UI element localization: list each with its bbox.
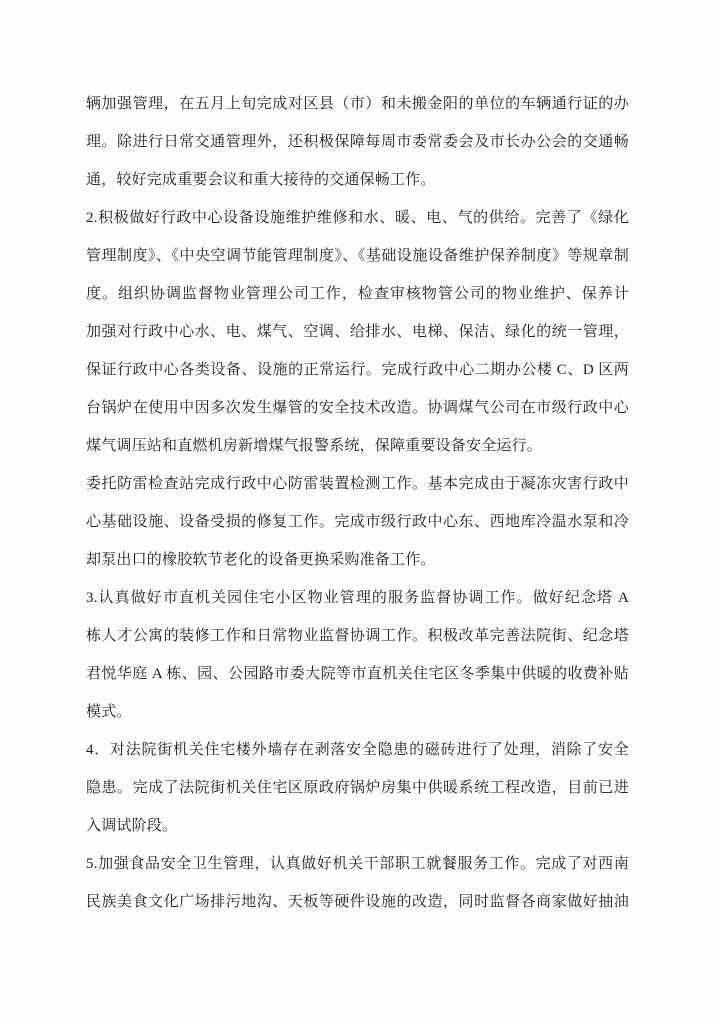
text-line-14: 3.认真做好市直机关园住宅小区物业管理的服务监督协调工作。做好纪念塔 A bbox=[86, 579, 629, 617]
text-line-13: 却泵出口的橡胶软节老化的设备更换采购准备工作。 bbox=[86, 541, 629, 579]
text-line-21: 5.加强食品安全卫生管理，认真做好机关干部职工就餐服务工作。完成了对西南 bbox=[86, 845, 629, 883]
text-line-18: 4．对法院街机关住宅楼外墙存在剥落安全隐患的磁砖进行了处理，消除了安全 bbox=[86, 731, 629, 769]
text-line-16: 君悦华庭 A 栋、园、公园路市委大院等市直机关住宅区冬季集中供暖的收费补贴 bbox=[86, 655, 629, 693]
text-line-2: 理。除进行日常交通管理外，还积极保障每周市委常委会及市长办公会的交通畅 bbox=[86, 123, 629, 161]
document-page: 辆加强管理，在五月上旬完成对区县（市）和未搬金阳的单位的车辆通行证的办 理。除进… bbox=[0, 0, 721, 1020]
text-line-6: 度。组织协调监督物业管理公司工作，检查审核物管公司的物业维护、保养计划； bbox=[86, 275, 629, 313]
text-line-17: 模式。 bbox=[86, 693, 629, 731]
text-line-15: 栋人才公寓的装修工作和日常物业监督协调工作。积极改革完善法院街、纪念塔 bbox=[86, 617, 629, 655]
text-line-22: 民族美食文化广场排污地沟、天板等硬件设施的改造，同时监督各商家做好抽油 bbox=[86, 883, 629, 921]
text-line-10: 煤气调压站和直燃机房新增煤气报警系统，保障重要设备安全运行。 bbox=[86, 427, 629, 465]
text-line-19: 隐患。完成了法院街机关住宅区原政府锅炉房集中供暖系统工程改造，目前已进 bbox=[86, 769, 629, 807]
text-line-7: 加强对行政中心水、电、煤气、空调、给排水、电梯、保洁、绿化的统一管理， bbox=[86, 313, 629, 351]
text-line-4: 2.积极做好行政中心设备设施维护维修和水、暖、电、气的供给。完善了《绿化 bbox=[86, 199, 629, 237]
text-line-20: 入调试阶段。 bbox=[86, 807, 629, 845]
text-line-3: 通，较好完成重要会议和重大接待的交通保畅工作。 bbox=[86, 161, 629, 199]
text-line-12: 心基础设施、设备受损的修复工作。完成市级行政中心东、西地库冷温水泵和冷 bbox=[86, 503, 629, 541]
text-line-8: 保证行政中心各类设备、设施的正常运行。完成行政中心二期办公楼 C、D 区两 bbox=[86, 351, 629, 389]
text-line-5: 管理制度》、《中央空调节能管理制度》、《基础设施设备维护保养制度》等规章制 bbox=[86, 237, 629, 275]
text-line-11: 委托防雷检查站完成行政中心防雷装置检测工作。基本完成由于凝冻灾害行政中 bbox=[86, 465, 629, 503]
text-line-1: 辆加强管理，在五月上旬完成对区县（市）和未搬金阳的单位的车辆通行证的办 bbox=[86, 85, 629, 123]
document-text-block: 辆加强管理，在五月上旬完成对区县（市）和未搬金阳的单位的车辆通行证的办 理。除进… bbox=[86, 85, 629, 921]
text-line-9: 台锅炉在使用中因多次发生爆管的安全技术改造。协调煤气公司在市级行政中心 bbox=[86, 389, 629, 427]
